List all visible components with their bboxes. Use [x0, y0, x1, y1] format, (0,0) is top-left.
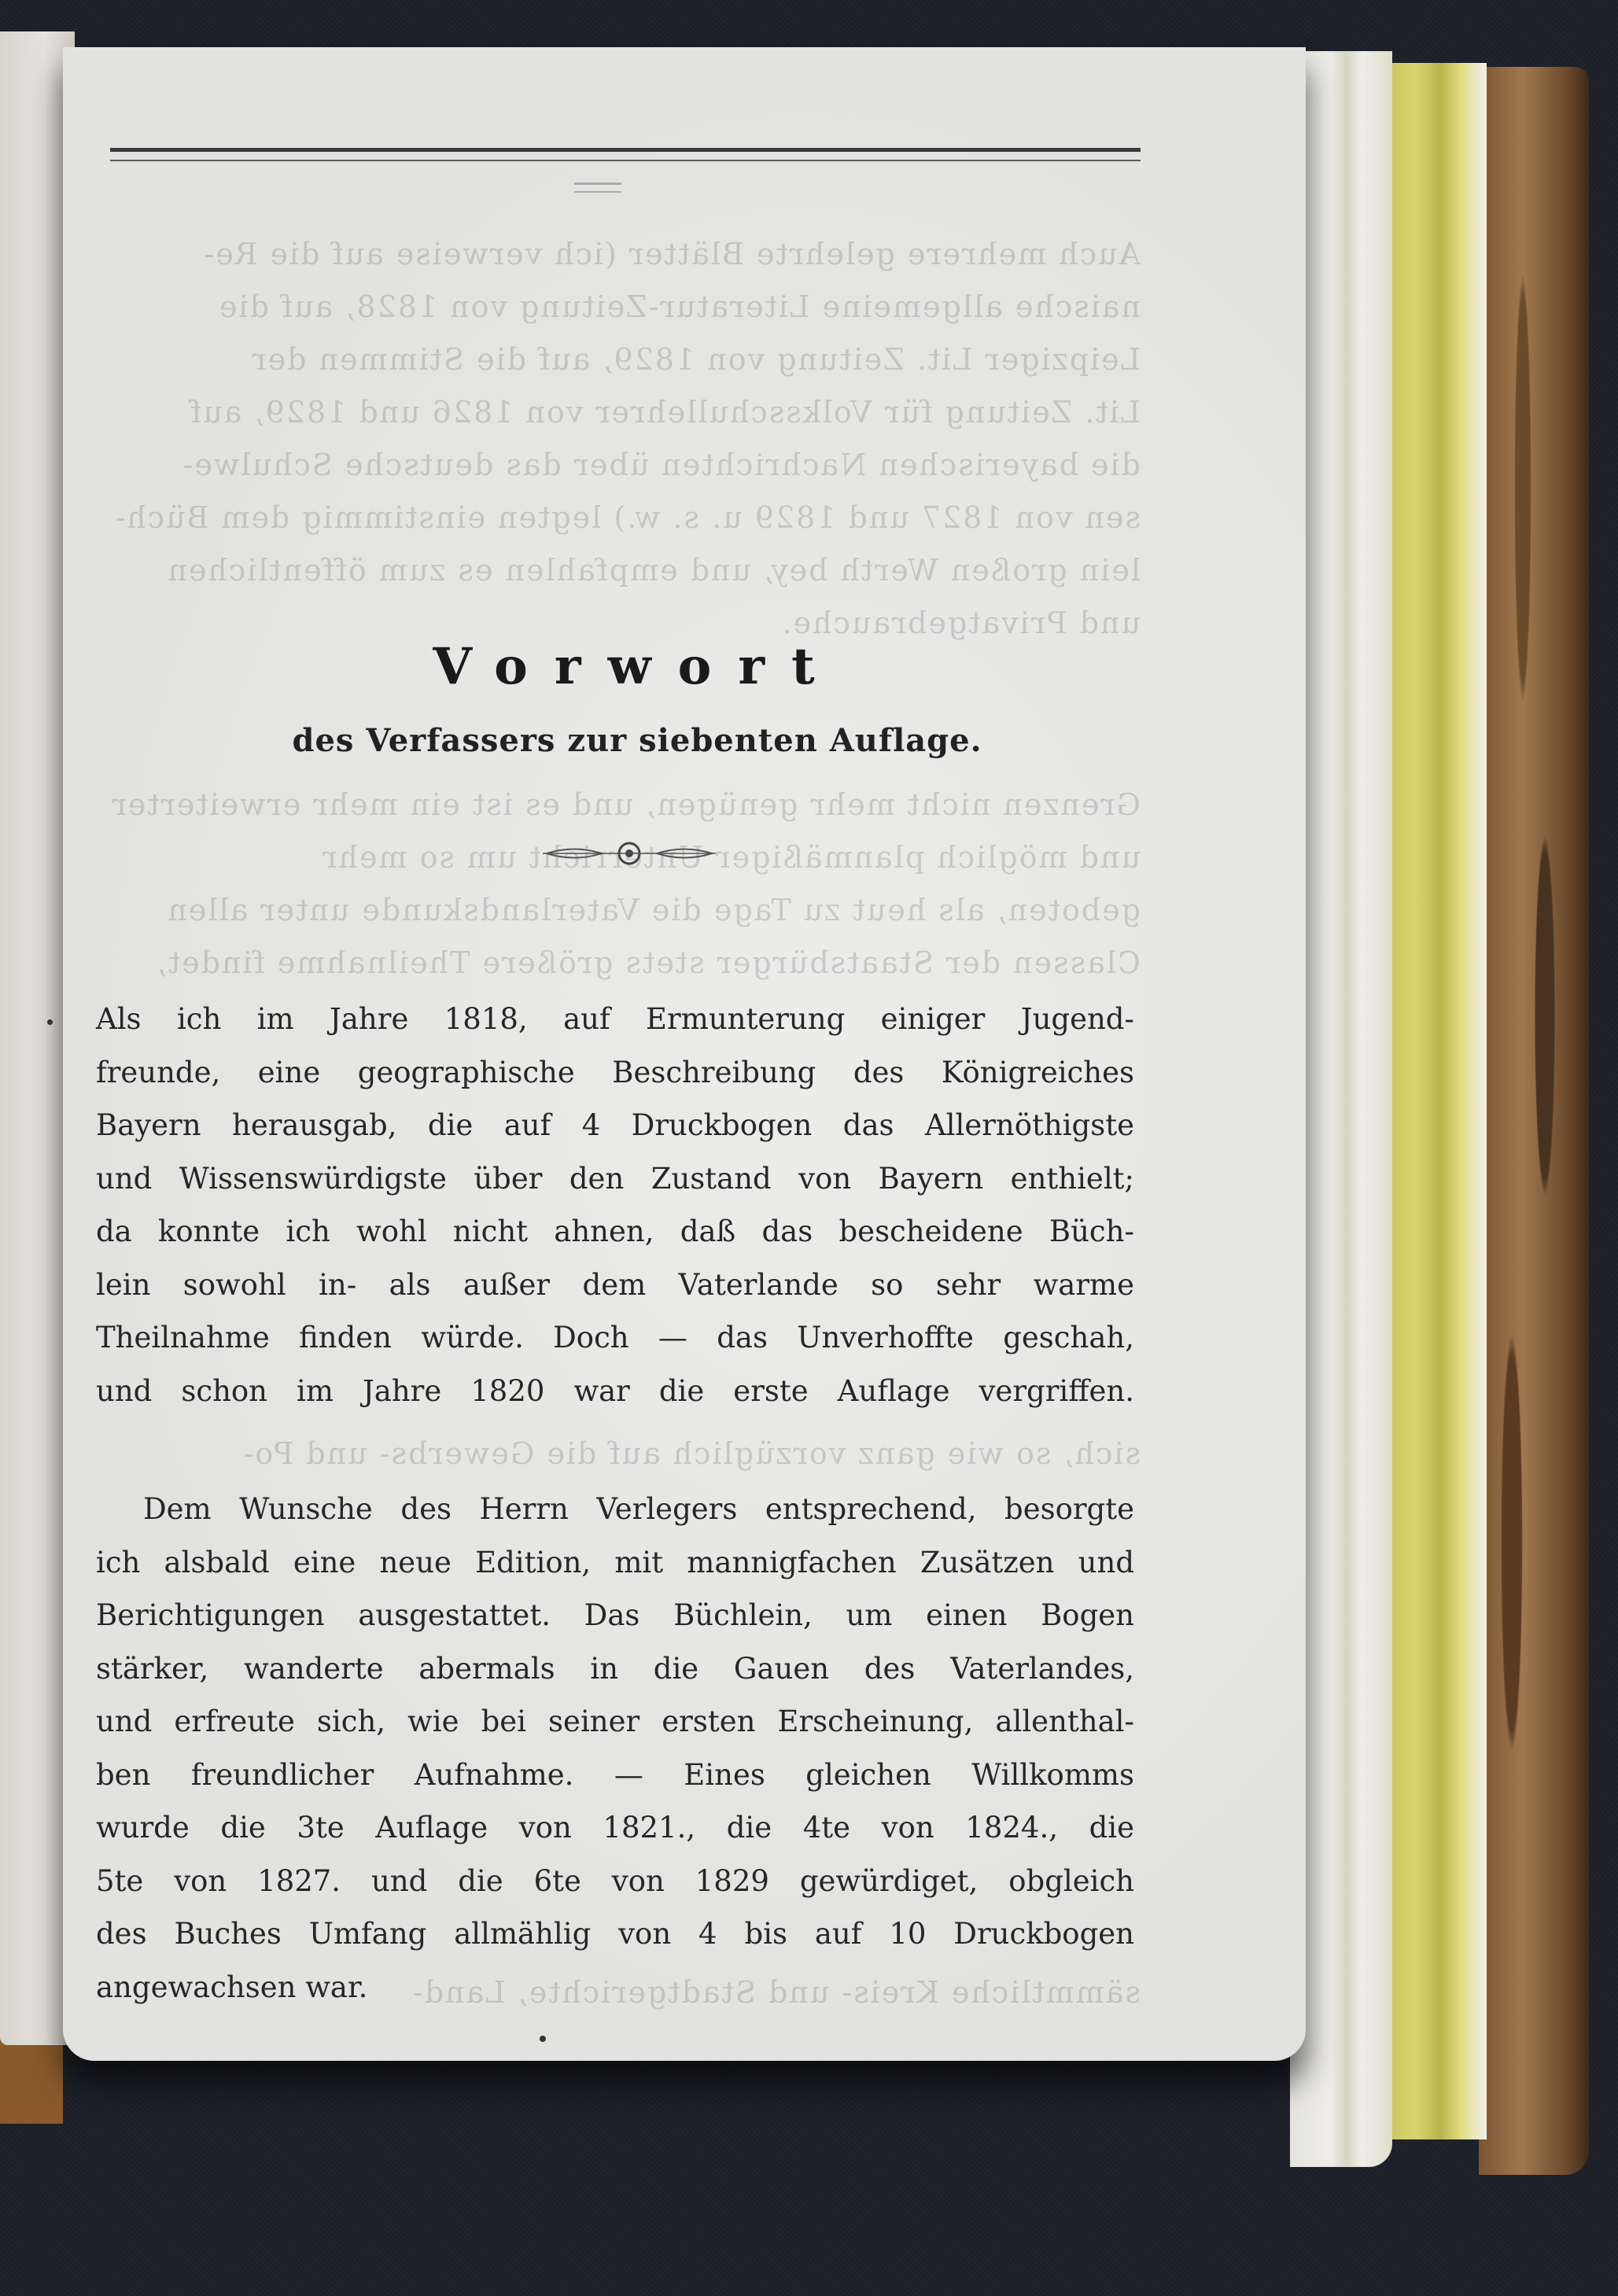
fleuron-ornament-icon: [543, 842, 716, 865]
text-line: Als ich im Jahre 1818, auf Ermunterung e…: [96, 993, 1134, 1046]
end-mark: [540, 2036, 546, 2042]
text-line: ich alsbald eine neue Edition, mit manni…: [96, 1536, 1134, 1590]
text-line: des Buches Umfang allmählig von 4 bis au…: [96, 1907, 1134, 1961]
text-line: und Wissenswürdigste über den Zustand vo…: [96, 1152, 1134, 1206]
text-line: Theilnahme finden würde. Doch — das Unve…: [96, 1311, 1134, 1365]
text-line: Berichtigungen ausgestattet. Das Büchlei…: [96, 1589, 1134, 1642]
text-line: lein sowohl in- als außer dem Vaterlande…: [96, 1259, 1134, 1312]
page-title: Vorwort: [0, 637, 1274, 696]
header-double-rule: [110, 148, 1141, 161]
text-line: da konnte ich wohl nicht ahnen, daß das …: [96, 1205, 1134, 1259]
text-line: und schon im Jahre 1820 war die erste Au…: [96, 1365, 1134, 1418]
margin-mark: [47, 1019, 53, 1025]
show-through-text: sich, so wie ganz vorzüglich auf die Gew…: [102, 1428, 1141, 1480]
show-through-text: Grenzen nicht mehr genügen, und es ist e…: [102, 779, 1141, 990]
text-line: Bayern herausgab, die auf 4 Druckbogen d…: [96, 1099, 1134, 1152]
page-subtitle: des Verfassers zur siebenten Auflage.: [0, 722, 1274, 759]
show-through-text: Auch mehrere gelehrte Blätter (ich verwe…: [102, 228, 1141, 650]
paragraph-1: Als ich im Jahre 1818, auf Ermunterung e…: [96, 993, 1134, 1417]
text-line: 5te von 1827. und die 6te von 1829 gewür…: [96, 1855, 1134, 1908]
text-line: angewachsen war.: [96, 1961, 1134, 2014]
header-ornament-stub: [574, 182, 621, 193]
book-cover-marbled: [1479, 67, 1589, 2175]
text-line: stärker, wanderte abermals in die Gauen …: [96, 1642, 1134, 1696]
text-line: Dem Wunsche des Herrn Verlegers entsprec…: [96, 1483, 1134, 1536]
text-line: wurde die 3te Auflage von 1821., die 4te…: [96, 1801, 1134, 1855]
text-line: und erfreute sich, wie bei seiner ersten…: [96, 1695, 1134, 1749]
text-line: freunde, eine geographische Beschreibung…: [96, 1046, 1134, 1100]
text-line: ben freundlicher Aufnahme. — Eines gleic…: [96, 1749, 1134, 1802]
gilt-page-edge: [1384, 63, 1487, 2139]
paragraph-2: Dem Wunsche des Herrn Verlegers entsprec…: [96, 1483, 1134, 2014]
